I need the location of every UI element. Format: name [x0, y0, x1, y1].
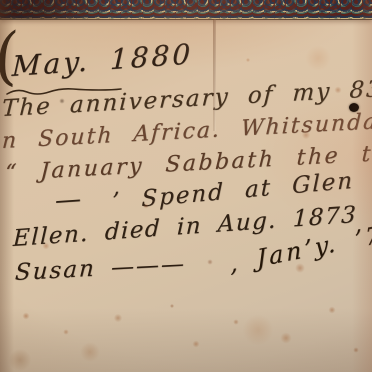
handwritten-date-line: May. 1880 — [11, 37, 193, 83]
handwritten-dash-stroke: — — [54, 184, 82, 216]
handwritten-line-susan: Susan ——— — [14, 251, 186, 286]
marbled-edge-band — [0, 0, 372, 19]
manuscript-photo: ( May. 1880 The anniversary of my 83 n S… — [0, 0, 372, 372]
paper-crease — [213, 19, 216, 131]
